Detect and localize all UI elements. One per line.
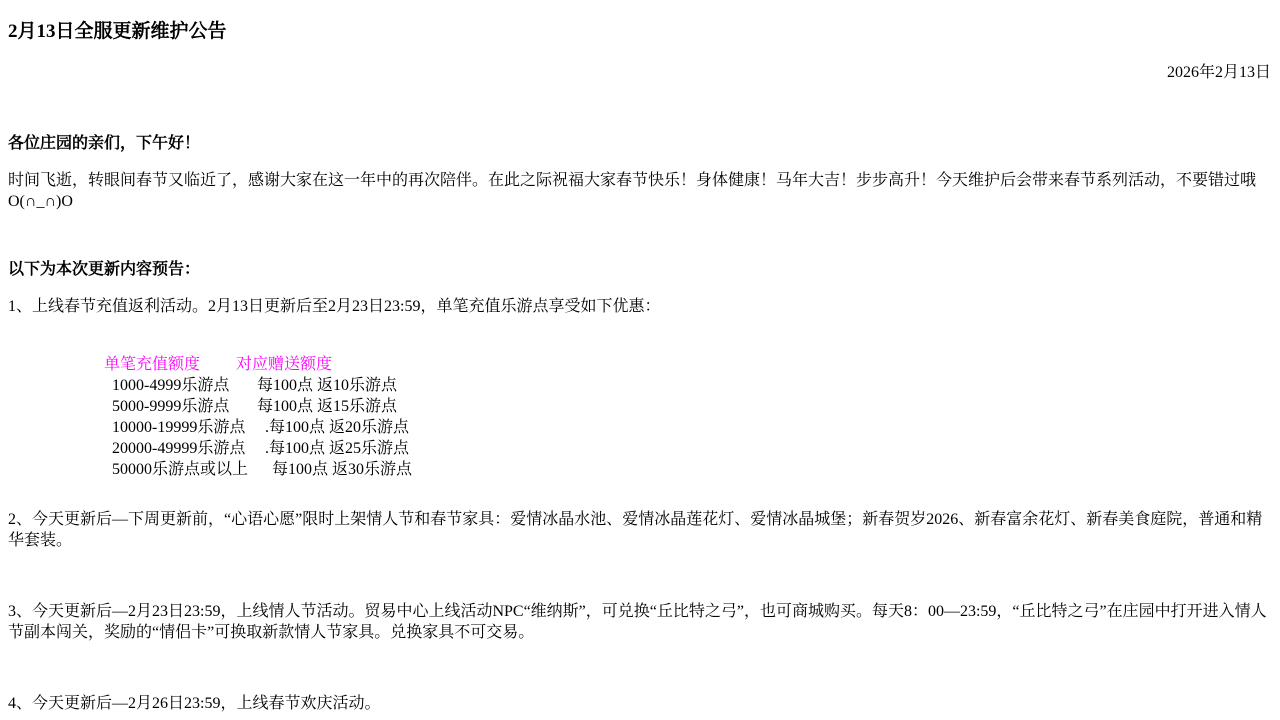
intro-paragraph: 时间飞逝，转眼间春节又临近了，感谢大家在这一年中的再次陪伴。在此之际祝福大家春节… [8,170,1268,212]
header-recharge-amount: 单笔充值额度 [104,354,236,375]
greeting: 各位庄园的亲们，下午好！ [8,133,1268,154]
row-bonus: 每100点 返30乐游点 [272,459,412,480]
section-heading: 以下为本次更新内容预告： [8,259,1268,280]
table-header: 单笔充值额度对应赠送额度 [80,333,412,354]
update-item-2: 2、今天更新后—下周更新前，“心语心愿”限时上架情人节和春节家具：爱情冰晶水池、… [8,509,1268,551]
recharge-bonus-table: 单笔充值额度对应赠送额度 1000-4999乐游点每100点 返10乐游点 50… [80,333,412,459]
row-bonus: 每100点 返10乐游点 [257,375,397,396]
row-amount: 5000-9999乐游点 [112,396,257,417]
header-bonus-amount: 对应赠送额度 [236,354,332,375]
row-amount: 50000乐游点或以上 [112,459,272,480]
publish-date: 2026年2月13日 [1167,62,1271,83]
row-amount: 20000-49999乐游点 [112,438,265,459]
row-bonus: 每100点 返15乐游点 [257,396,397,417]
update-item-3: 3、今天更新后—2月23日23:59，上线情人节活动。贸易中心上线活动NPC“维… [8,601,1268,643]
row-bonus: .每100点 返25乐游点 [265,438,409,459]
update-item-1: 1、上线春节充值返利活动。2月13日更新后至2月23日23:59，单笔充值乐游点… [8,296,1268,317]
row-bonus: .每100点 返20乐游点 [265,417,409,438]
update-item-4: 4、今天更新后—2月26日23:59，上线春节欢庆活动。 [8,693,1268,714]
row-amount: 10000-19999乐游点 [112,417,265,438]
page-title: 2月13日全服更新维护公告 [8,20,227,44]
row-amount: 1000-4999乐游点 [112,375,257,396]
